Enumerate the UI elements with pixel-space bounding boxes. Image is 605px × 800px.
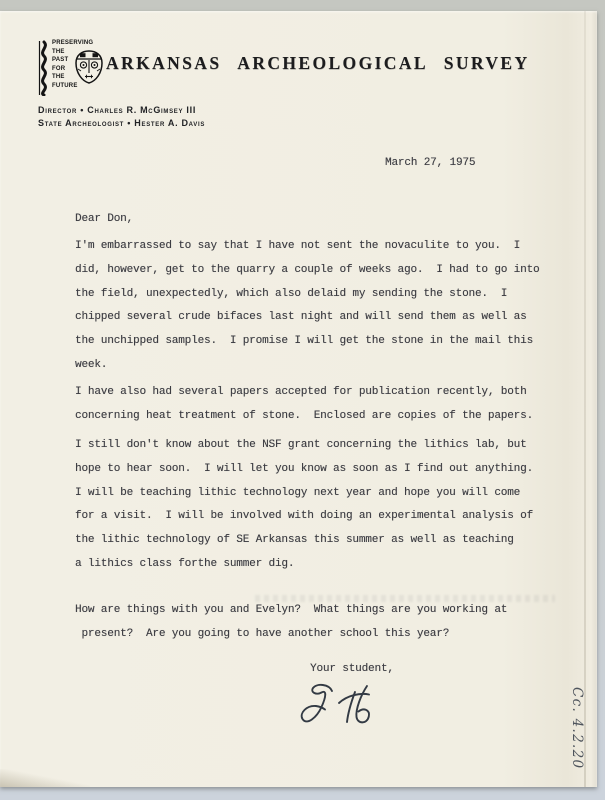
mask-icon (74, 50, 104, 84)
director-line: Director • Charles R. McGimsey III (38, 105, 196, 115)
state-archeologist-line: State Archeologist • Hester A. Davis (38, 118, 205, 128)
scanned-letter-background: PRESERVING THE PAST FOR THE FUTURE (0, 0, 605, 800)
archival-note: Cc. 4.2.20 (569, 687, 585, 769)
paper-curl-shadow (0, 769, 90, 787)
motto-line: PRESERVING (52, 39, 93, 48)
paragraph-4: How are things with you and Evelyn? What… (75, 599, 557, 647)
letter-date: March 27, 1975 (385, 152, 475, 176)
paper-crease (584, 11, 586, 787)
braid-icon (38, 40, 50, 96)
paragraph-1: I'm embarrassed to say that I have not s… (75, 235, 557, 378)
salutation: Dear Don, (75, 208, 133, 232)
paragraph-2: I have also had several papers accepted … (75, 381, 557, 429)
closing-line: Your student, (310, 658, 394, 682)
signature-scrawl (298, 680, 398, 738)
survey-title: ARKANSAS ARCHEOLOGICAL SURVEY (106, 53, 520, 74)
paragraph-3: I still don't know about the NSF grant c… (75, 434, 557, 577)
letter-page: PRESERVING THE PAST FOR THE FUTURE (0, 11, 597, 787)
